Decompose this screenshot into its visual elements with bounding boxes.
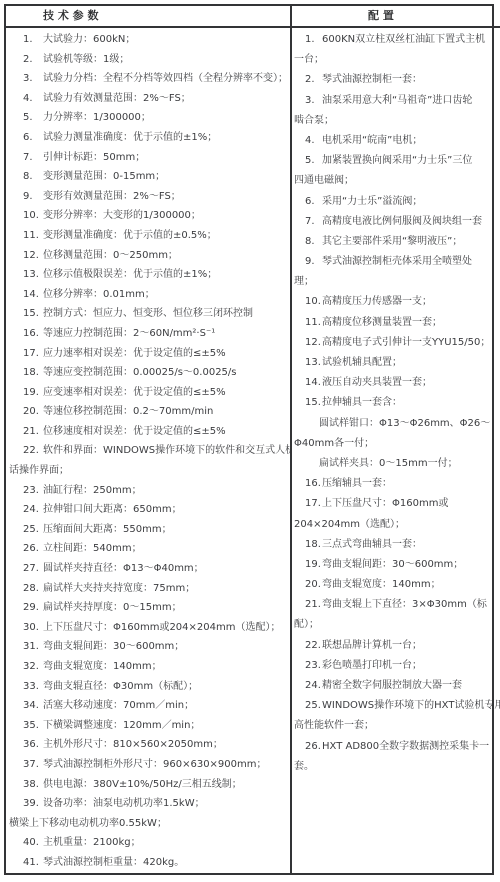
spec-line: 24.精密全数字伺服控制放大器一套 (292, 676, 500, 696)
spec-line: 9.琴式油源控制柜壳体采用全喷塑处 (292, 252, 500, 272)
item-text: 琴式油源控制柜重量：420kg。 (43, 857, 184, 868)
item-text: 供电电源：380V±10%/50Hz/三相五线制； (43, 779, 242, 790)
spec-line: 30.上下压盘尺寸：Φ160mm或204×204mm（选配）； (6, 618, 290, 638)
item-text: 试验机辅具配置； (322, 357, 402, 368)
item-text: 变形分辨率：大变形的1/300000； (43, 210, 201, 221)
spec-line: 配）； (292, 615, 500, 635)
item-number: 5. (23, 108, 43, 128)
item-number: 37. (23, 755, 43, 775)
item-number: 40. (23, 833, 43, 853)
item-text: 琴式油源控制柜外形尺寸：960×630×900mm； (43, 759, 267, 770)
spec-line: 17.上下压盘尺寸：Φ160mm或 (292, 494, 500, 514)
spec-line: 2.试验机等级：1级； (6, 50, 290, 70)
spec-line: Φ40mm各一付； (292, 434, 500, 454)
item-number: 32. (23, 657, 43, 677)
item-number: 2. (23, 50, 43, 70)
spec-line: 33.弯曲支辊直径：Φ30mm（标配）； (6, 677, 290, 697)
item-text: 应变速率相对误差：优于设定值的≤±5% (43, 387, 226, 398)
item-number: 8. (23, 167, 43, 187)
spec-line: 26.立柱间距：540mm； (6, 539, 290, 559)
item-number: 33. (23, 677, 43, 697)
item-text: 弯曲支辊间距：30～600mm； (43, 641, 184, 652)
spec-line: 25.压缩面间大距离：550mm； (6, 520, 290, 540)
spec-line: 26.HXT AD800全数字数据测控采集卡一 (292, 737, 500, 757)
spec-line: 啮合泵； (292, 111, 500, 131)
spec-line: 18.三点式弯曲辅具一套： (292, 535, 500, 555)
item-text: 理； (294, 276, 314, 287)
spec-line: 40.主机重量：2100kg； (6, 833, 290, 853)
item-number: 12. (23, 246, 43, 266)
item-text: 液压自动夹具装置一套； (322, 377, 432, 388)
spec-line: 39.设备功率：油泵电动机功率1.5kW； (6, 794, 290, 814)
spec-line: 理； (292, 272, 500, 292)
spec-line: 1.大试验力：600kN； (6, 30, 290, 50)
item-text: 横梁上下移动电动机功率0.55kW； (9, 818, 167, 829)
spec-line: 38.供电电源：380V±10%/50Hz/三相五线制； (6, 775, 290, 795)
item-text: Φ40mm各一付； (294, 438, 374, 449)
item-text: 大试验力：600kN； (43, 34, 135, 45)
item-text: 三点式弯曲辅具一套： (322, 539, 422, 550)
item-number: 29. (23, 598, 43, 618)
item-text: 主机重量：2100kg； (43, 837, 141, 848)
configuration-title: 配 置 (368, 9, 394, 22)
spec-line: 6.采用“力士乐”溢流阀； (292, 192, 500, 212)
item-number: 26. (305, 737, 322, 757)
item-number: 26. (23, 539, 43, 559)
item-text: 弯曲支辊间距：30～600mm； (322, 559, 463, 570)
spec-line: 9.变形有效测量范围：2%～FS； (6, 187, 290, 207)
spec-line: 8.其它主要部件采用“黎明液压”； (292, 232, 500, 252)
item-text: 四通电磁阀； (294, 175, 354, 186)
item-number: 20. (23, 402, 43, 422)
item-text: 套。 (294, 761, 314, 772)
item-text: 立柱间距：540mm； (43, 543, 142, 554)
item-number: 25. (23, 520, 43, 540)
spec-line: 4.电机采用“皖南”电机； (292, 131, 500, 151)
item-text: 弯曲支辊宽度：140mm； (43, 661, 162, 672)
item-number: 6. (23, 128, 43, 148)
item-text: WINDOWS操作环境下的HXT试验机专用 (322, 700, 500, 711)
item-number: 4. (305, 131, 322, 151)
item-number: 12. (305, 333, 322, 353)
spec-line: 8.变形测量范围：0-15mm； (6, 167, 290, 187)
item-number: 22. (23, 441, 43, 461)
item-text: 油缸行程：250mm； (43, 485, 142, 496)
item-number: 23. (23, 481, 43, 501)
item-number: 11. (23, 226, 43, 246)
spec-line: 32.弯曲支辊宽度：140mm； (6, 657, 290, 677)
spec-line: 34.活塞大移动速度：70mm／min； (6, 696, 290, 716)
spec-line: 20.弯曲支辊宽度：140mm； (292, 575, 500, 595)
spec-line: 12.高精度电子式引伸计一支YYU15/50； (292, 333, 500, 353)
item-text: 弯曲支辊直径：Φ30mm（标配）； (43, 681, 198, 692)
item-text: 压缩面间大距离：550mm； (43, 524, 172, 535)
item-text: 精密全数字伺服控制放大器一套 (322, 680, 462, 691)
item-number: 9. (23, 187, 43, 207)
item-text: 圆试样钳口：Φ13～Φ26mm、Φ26～ (319, 418, 490, 429)
spec-line: 13.位移示值极限误差：优于示值的±1%； (6, 265, 290, 285)
item-text: 扁试样夹持厚度：0～15mm； (43, 602, 182, 613)
item-number: 14. (305, 373, 322, 393)
spec-line: 19.应变速率相对误差：优于设定值的≤±5% (6, 383, 290, 403)
item-number: 3. (23, 69, 43, 89)
item-number: 38. (23, 775, 43, 795)
item-text: 配）； (294, 619, 319, 630)
item-text: 引伸计标距：50mm； (43, 152, 145, 163)
spec-line: 6.试验力测量准确度：优于示值的±1%； (6, 128, 290, 148)
item-number: 22. (305, 636, 322, 656)
spec-line: 3.油泵采用意大利“马祖奇”进口齿轮 (292, 91, 500, 111)
item-text: 位移分辨率：0.01mm； (43, 289, 155, 300)
item-text: 变形有效测量范围：2%～FS； (43, 191, 181, 202)
spec-line: 14.位移分辨率：0.01mm； (6, 285, 290, 305)
item-text: 试验力测量准确度：优于示值的±1%； (43, 132, 217, 143)
item-text: 话操作界面； (9, 465, 69, 476)
spec-line: 5.力分辨率：1/300000； (6, 108, 290, 128)
item-number: 13. (23, 265, 43, 285)
spec-line: 11.变形测量准确度：优于示值的±0.5%； (6, 226, 290, 246)
item-text: 油泵采用意大利“马祖奇”进口齿轮 (322, 95, 472, 106)
item-number: 41. (23, 853, 43, 873)
spec-line: 5.加紧装置换向阀采用“力士乐”三位 (292, 151, 500, 171)
spec-line: 高性能软件一套； (292, 716, 500, 736)
spec-line: 22.联想品牌计算机一台； (292, 636, 500, 656)
item-number: 11. (305, 313, 322, 333)
spec-line: 21.弯曲支辊上下直径：3×Φ30mm（标 (292, 595, 500, 615)
item-text: 变形测量范围：0-15mm； (43, 171, 165, 182)
spec-line: 7.引伸计标距：50mm； (6, 148, 290, 168)
item-number: 13. (305, 353, 322, 373)
spec-line: 204×204mm（选配）； (292, 515, 500, 535)
spec-line: 一台； (292, 50, 500, 70)
spec-line: 4.试验力有效测量范围：2%～FS； (6, 89, 290, 109)
item-text: 高性能软件一套； (294, 720, 374, 731)
spec-line: 四通电磁阀； (292, 171, 500, 191)
item-text: 位移示值极限误差：优于示值的±1%； (43, 269, 217, 280)
item-text: 软件和界面：WINDOWS操作环境下的软件和交互式人机对 (43, 445, 290, 456)
item-text: 主机外形尺寸：810×560×2050mm； (43, 739, 223, 750)
spec-line: 13.试验机辅具配置； (292, 353, 500, 373)
item-number: 17. (23, 344, 43, 364)
item-number: 17. (305, 494, 322, 514)
spec-line: 2.琴式油源控制柜一套： (292, 70, 500, 90)
spec-line: 25.WINDOWS操作环境下的HXT试验机专用 (292, 696, 500, 716)
item-number: 4. (23, 89, 43, 109)
tech-params-list: 1.大试验力：600kN；2.试验机等级：1级；3.试验力分档：全程不分档等效四… (6, 28, 290, 873)
spec-line: 1.600KN双立柱双丝杠油缸下置式主机 (292, 30, 500, 50)
spec-line: 16.等速应力控制范围：2～60N/mm²·S⁻¹ (6, 324, 290, 344)
item-number: 5. (305, 151, 322, 171)
item-text: 下横梁调整速度：120mm／min； (43, 720, 200, 731)
configuration-list: 1.600KN双立柱双丝杠油缸下置式主机一台；2.琴式油源控制柜一套：3.油泵采… (292, 28, 500, 777)
spec-line: 31.弯曲支辊间距：30～600mm； (6, 637, 290, 657)
item-text: 弯曲支辊宽度：140mm； (322, 579, 441, 590)
item-text: 采用“力士乐”溢流阀； (322, 196, 422, 207)
item-number: 21. (23, 422, 43, 442)
item-number: 20. (305, 575, 322, 595)
spec-line: 10.高精度压力传感器一支； (292, 292, 500, 312)
item-text: 拉伸辅具一套含： (322, 397, 402, 408)
item-text: 高精度电液比例伺服阀及阀块组一套 (322, 216, 482, 227)
configuration-column: 配 置 1.600KN双立柱双丝杠油缸下置式主机一台；2.琴式油源控制柜一套：3… (292, 6, 500, 873)
item-number: 16. (23, 324, 43, 344)
spec-line: 18.等速应变控制范围：0.00025/s～0.0025/s (6, 363, 290, 383)
item-number: 9. (305, 252, 322, 272)
item-text: 电机采用“皖南”电机； (322, 135, 422, 146)
item-number: 34. (23, 696, 43, 716)
item-text: 试验机等级：1级； (43, 54, 129, 65)
item-text: 活塞大移动速度：70mm／min； (43, 700, 194, 711)
item-text: 其它主要部件采用“黎明液压”； (322, 236, 462, 247)
item-text: 啮合泵； (294, 115, 334, 126)
item-text: 琴式油源控制柜壳体采用全喷塑处 (322, 256, 472, 267)
item-number: 8. (305, 232, 322, 252)
spec-line: 15.拉伸辅具一套含： (292, 393, 500, 413)
item-text: 设备功率：油泵电动机功率1.5kW； (43, 798, 205, 809)
spec-line: 24.拉伸钳口间大距离：650mm； (6, 500, 290, 520)
spec-line: 29.扁试样夹持厚度：0～15mm； (6, 598, 290, 618)
item-number: 35. (23, 716, 43, 736)
item-number: 10. (23, 206, 43, 226)
item-number: 24. (305, 676, 322, 696)
item-number: 15. (23, 304, 43, 324)
item-number: 36. (23, 735, 43, 755)
item-text: 位移速度相对误差：优于设定值的≤±5% (43, 426, 226, 437)
item-number: 7. (23, 148, 43, 168)
spec-line: 横梁上下移动电动机功率0.55kW； (6, 814, 290, 834)
item-text: 应力速率相对误差：优于设定值的≤±5% (43, 348, 226, 359)
spec-line: 套。 (292, 757, 500, 777)
item-text: 600KN双立柱双丝杠油缸下置式主机 (322, 34, 485, 45)
spec-line: 37.琴式油源控制柜外形尺寸：960×630×900mm； (6, 755, 290, 775)
item-text: 力分辨率：1/300000； (43, 112, 151, 123)
item-number: 16. (305, 474, 322, 494)
item-number: 14. (23, 285, 43, 305)
item-text: 试验力有效测量范围：2%～FS； (43, 93, 191, 104)
spec-line: 11.高精度位移测量装置一套； (292, 313, 500, 333)
item-number: 15. (305, 393, 322, 413)
item-text: 加紧装置换向阀采用“力士乐”三位 (322, 155, 472, 166)
spec-line: 23.彩色喷墨打印机一台； (292, 656, 500, 676)
item-text: 高精度压力传感器一支； (322, 296, 432, 307)
item-text: 试验力分档：全程不分档等效四档（全程分辨率不变）； (43, 73, 288, 84)
item-number: 7. (305, 212, 322, 232)
spec-line: 12.位移测量范围：0～250mm； (6, 246, 290, 266)
item-text: 琴式油源控制柜一套： (322, 74, 422, 85)
item-number: 3. (305, 91, 322, 111)
spec-line: 10.变形分辨率：大变形的1/300000； (6, 206, 290, 226)
spec-line: 扁试样夹具：0～15mm一付； (292, 454, 500, 474)
spec-line: 话操作界面； (6, 461, 290, 481)
item-text: 控制方式：恒应力、恒变形、恒位移三闭环控制 (43, 308, 253, 319)
tech-params-header: 技 术 参 数 (6, 6, 290, 28)
item-text: 等速位移控制范围：0.2～70mm/min (43, 406, 213, 417)
spec-line: 圆试样钳口：Φ13～Φ26mm、Φ26～ (292, 414, 500, 434)
item-text: 拉伸钳口间大距离：650mm； (43, 504, 182, 515)
item-text: 上下压盘尺寸：Φ160mm或204×204mm（选配）； (43, 622, 280, 633)
spec-line: 41.琴式油源控制柜重量：420kg。 (6, 853, 290, 873)
item-number: 24. (23, 500, 43, 520)
item-number: 28. (23, 579, 43, 599)
item-number: 30. (23, 618, 43, 638)
item-number: 18. (305, 535, 322, 555)
item-number: 31. (23, 637, 43, 657)
item-text: 上下压盘尺寸：Φ160mm或 (322, 498, 448, 509)
item-number: 19. (23, 383, 43, 403)
item-number: 21. (305, 595, 322, 615)
item-text: 压缩辅具一套： (322, 478, 392, 489)
spec-line: 27.圆试样夹持直径：Φ13～Φ40mm； (6, 559, 290, 579)
item-text: 等速应变控制范围：0.00025/s～0.0025/s (43, 367, 237, 378)
spec-line: 16.压缩辅具一套： (292, 474, 500, 494)
item-number: 25. (305, 696, 322, 716)
item-number: 1. (305, 30, 322, 50)
spec-line: 22.软件和界面：WINDOWS操作环境下的软件和交互式人机对 (6, 441, 290, 461)
item-number: 27. (23, 559, 43, 579)
spec-table: 技 术 参 数 1.大试验力：600kN；2.试验机等级：1级；3.试验力分档：… (4, 4, 494, 875)
item-text: 位移测量范围：0～250mm； (43, 250, 178, 261)
item-text: 变形测量准确度：优于示值的±0.5%； (43, 230, 217, 241)
tech-params-title: 技 术 参 数 (43, 9, 99, 22)
spec-line: 36.主机外形尺寸：810×560×2050mm； (6, 735, 290, 755)
item-number: 6. (305, 192, 322, 212)
configuration-header: 配 置 (292, 6, 500, 28)
item-text: 彩色喷墨打印机一台； (322, 660, 422, 671)
spec-line: 3.试验力分档：全程不分档等效四档（全程分辨率不变）； (6, 69, 290, 89)
item-text: 一台； (294, 54, 324, 65)
item-number: 10. (305, 292, 322, 312)
item-number: 19. (305, 555, 322, 575)
spec-line: 23.油缸行程：250mm； (6, 481, 290, 501)
spec-line: 20.等速位移控制范围：0.2～70mm/min (6, 402, 290, 422)
item-text: 高精度位移测量装置一套； (322, 317, 442, 328)
item-number: 2. (305, 70, 322, 90)
item-number: 1. (23, 30, 43, 50)
spec-line: 17.应力速率相对误差：优于设定值的≤±5% (6, 344, 290, 364)
spec-line: 19.弯曲支辊间距：30～600mm； (292, 555, 500, 575)
item-text: 圆试样夹持直径：Φ13～Φ40mm； (43, 563, 204, 574)
item-text: HXT AD800全数字数据测控采集卡一 (322, 741, 489, 752)
spec-line: 28.扁试样大夹持夹持宽度：75mm； (6, 579, 290, 599)
spec-line: 15.控制方式：恒应力、恒变形、恒位移三闭环控制 (6, 304, 290, 324)
item-text: 高精度电子式引伸计一支YYU15/50； (322, 337, 490, 348)
item-text: 扁试样大夹持夹持宽度：75mm； (43, 583, 195, 594)
spec-line: 14.液压自动夹具装置一套； (292, 373, 500, 393)
spec-line: 7.高精度电液比例伺服阀及阀块组一套 (292, 212, 500, 232)
spec-line: 21.位移速度相对误差：优于设定值的≤±5% (6, 422, 290, 442)
item-text: 联想品牌计算机一台； (322, 640, 422, 651)
item-text: 等速应力控制范围：2～60N/mm²·S⁻¹ (43, 328, 215, 339)
spec-line: 35.下横梁调整速度：120mm／min； (6, 716, 290, 736)
tech-params-column: 技 术 参 数 1.大试验力：600kN；2.试验机等级：1级；3.试验力分档：… (6, 6, 292, 873)
item-number: 39. (23, 794, 43, 814)
item-number: 23. (305, 656, 322, 676)
item-text: 扁试样夹具：0～15mm一付； (319, 458, 458, 469)
item-text: 弯曲支辊上下直径：3×Φ30mm（标 (322, 599, 487, 610)
item-text: 204×204mm（选配）； (294, 519, 405, 530)
item-number: 18. (23, 363, 43, 383)
